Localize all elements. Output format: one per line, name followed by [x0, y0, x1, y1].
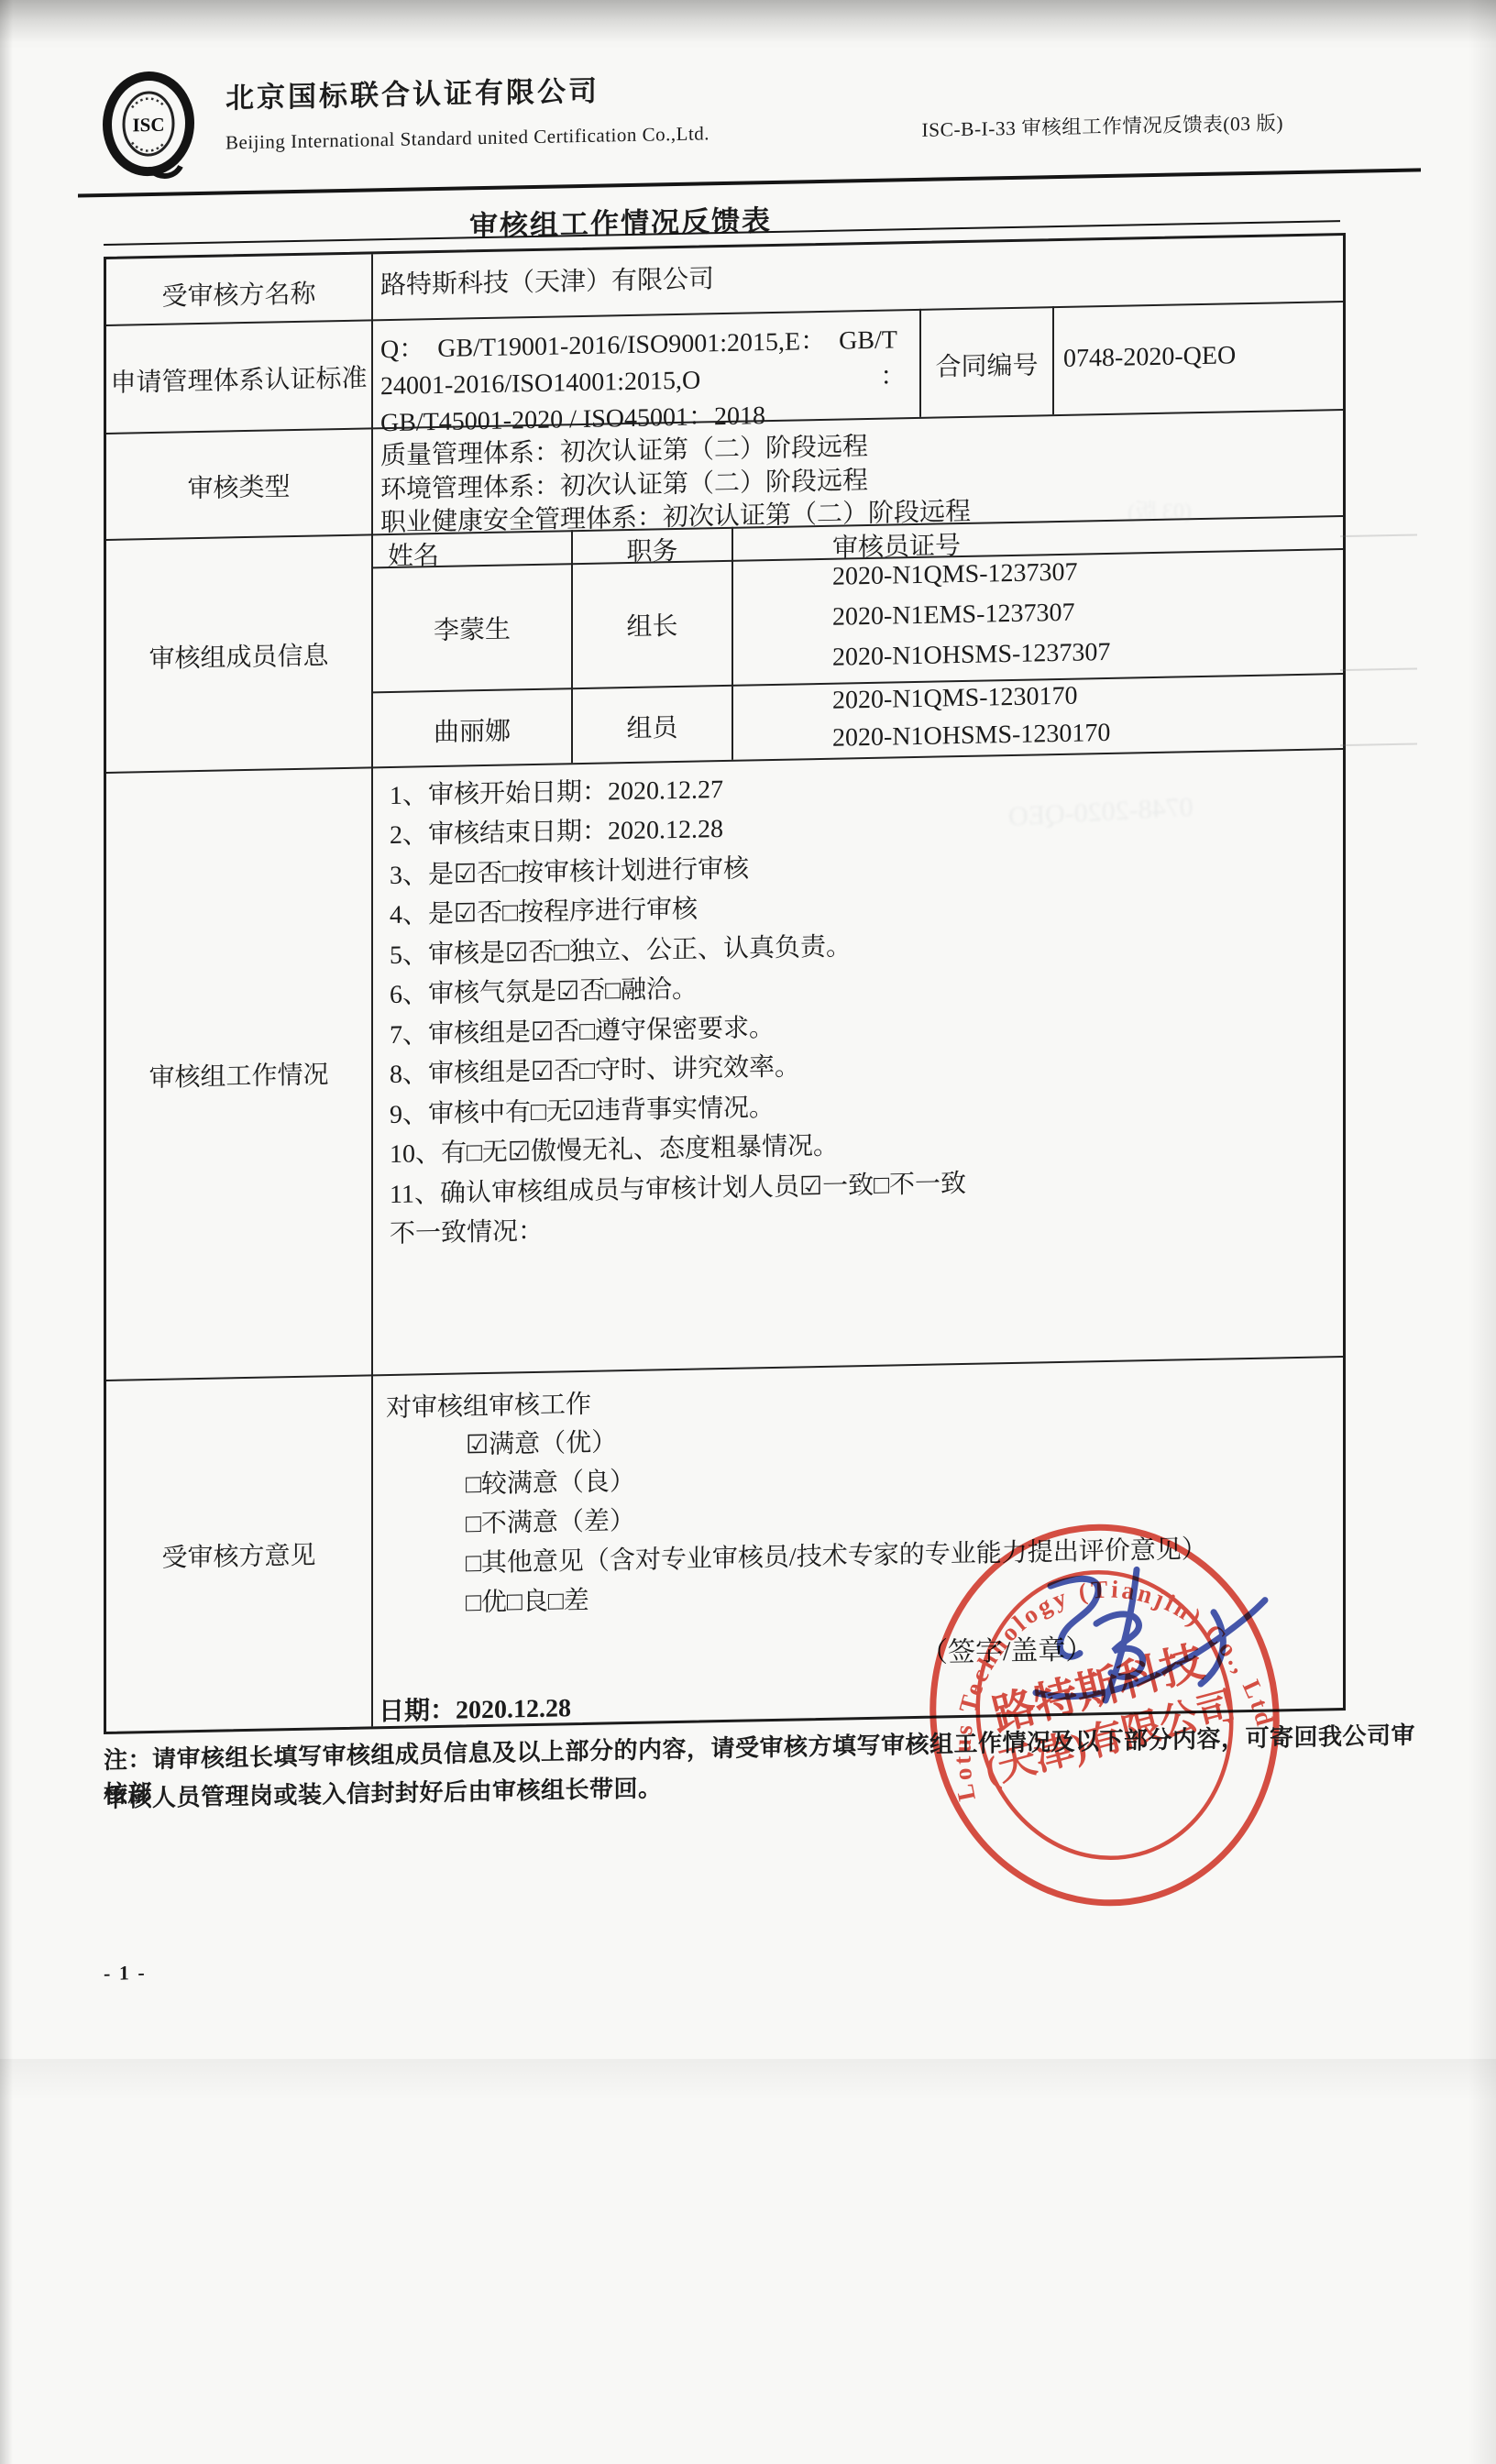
- member-cert: 2020-N1OHSMS-1237307: [832, 638, 1110, 673]
- bleed-through-line: [1340, 667, 1417, 671]
- page-number: - 1 -: [104, 1961, 147, 1985]
- auditee-label: 受审核方名称: [106, 272, 371, 314]
- work-item: 9、审核中有□无☑违背事实情况。: [390, 1087, 775, 1131]
- scanned-document-page: ISC 北京国标联合认证有限公司 Beijing International S…: [0, 0, 1496, 2464]
- member-cert: 2020-N1EMS-1237307: [832, 599, 1074, 632]
- logo-isc-text: ISC: [132, 114, 164, 137]
- work-item: 11、确认审核组成员与审核计划人员☑一致□不一致: [390, 1163, 966, 1211]
- auditee-value: 路特斯科技（天津）有限公司: [380, 258, 714, 302]
- member-header-cert: 审核员证号: [832, 525, 961, 565]
- member-header-name: 姓名: [388, 535, 439, 573]
- bleed-through-line: [1340, 533, 1417, 537]
- company-name-en: Beijing International Standard united Ce…: [225, 122, 709, 154]
- member-cert: 2020-N1QMS-1237307: [832, 558, 1078, 592]
- contract-label: 合同编号: [921, 345, 1052, 384]
- contract-value: 0748-2020-QEO: [1063, 341, 1236, 374]
- isc-company-logo: ISC: [95, 66, 203, 196]
- work-label: 审核组工作情况: [106, 1053, 371, 1095]
- row5-border: [106, 1356, 1343, 1381]
- member-name: 李蒙生: [373, 608, 571, 648]
- members-label: 审核组成员信息: [106, 634, 371, 676]
- scan-edge-bottom: [0, 2059, 1496, 2101]
- member-cert: 2020-N1QMS-1230170: [832, 682, 1078, 716]
- opinion-option: ☑满意（优）: [466, 1422, 617, 1461]
- member-header-role: 职务: [573, 530, 731, 569]
- work-item: 3、是☑否□按审核计划进行审核: [390, 848, 749, 892]
- work-item: 7、审核组是☑否□遵守保密要求。: [390, 1007, 775, 1051]
- date-line: 日期：2020.12.28: [379, 1688, 571, 1728]
- work-item: 2、审核结束日期：2020.12.28: [390, 808, 723, 852]
- work-item: 8、审核组是☑否□守时、讲究效率。: [390, 1046, 800, 1091]
- work-item: 10、有□无☑傲慢无礼、态度粗暴情况。: [390, 1126, 839, 1171]
- work-item: 4、是☑否□按程序进行审核: [390, 889, 698, 931]
- member-name: 曲丽娜: [373, 709, 571, 750]
- member-cert: 2020-N1OHSMS-1230170: [832, 719, 1110, 753]
- bleed-through-text: (03 版): [1127, 492, 1192, 525]
- standards-label: 申请管理体系认证标准: [106, 357, 371, 400]
- company-name-cn: 北京国标联合认证有限公司: [225, 68, 599, 116]
- header-divider: [78, 168, 1421, 197]
- work-item: 5、审核是☑否□独立、公正、认真负责。: [390, 926, 852, 972]
- opinion-option: □不满意（差）: [466, 1501, 635, 1541]
- member-role: 组长: [573, 605, 731, 644]
- bleed-through-line: [1340, 742, 1417, 746]
- row4-border: [106, 748, 1343, 774]
- col1-border: [371, 254, 373, 1726]
- contract-value-border: [1052, 306, 1054, 414]
- member-role: 组员: [573, 707, 731, 746]
- work-item: 6、审核气氛是☑否□融洽。: [390, 969, 698, 1011]
- work-item: 不一致情况：: [390, 1211, 544, 1250]
- opinion-label: 受审核方意见: [106, 1534, 371, 1576]
- opinion-heading: 对审核组审核工作: [386, 1384, 591, 1424]
- scan-edge-top: [0, 0, 1496, 48]
- audit-type-label: 审核类型: [106, 465, 371, 507]
- work-item: 1、审核开始日期：2020.12.27: [390, 769, 723, 812]
- document-code: ISC-B-I-33 审核组工作情况反馈表(03 版): [807, 107, 1283, 145]
- opinion-option: □较满意（良）: [466, 1461, 635, 1501]
- opinion-option: □优□良□差: [466, 1580, 589, 1620]
- role-col-border: [731, 527, 733, 760]
